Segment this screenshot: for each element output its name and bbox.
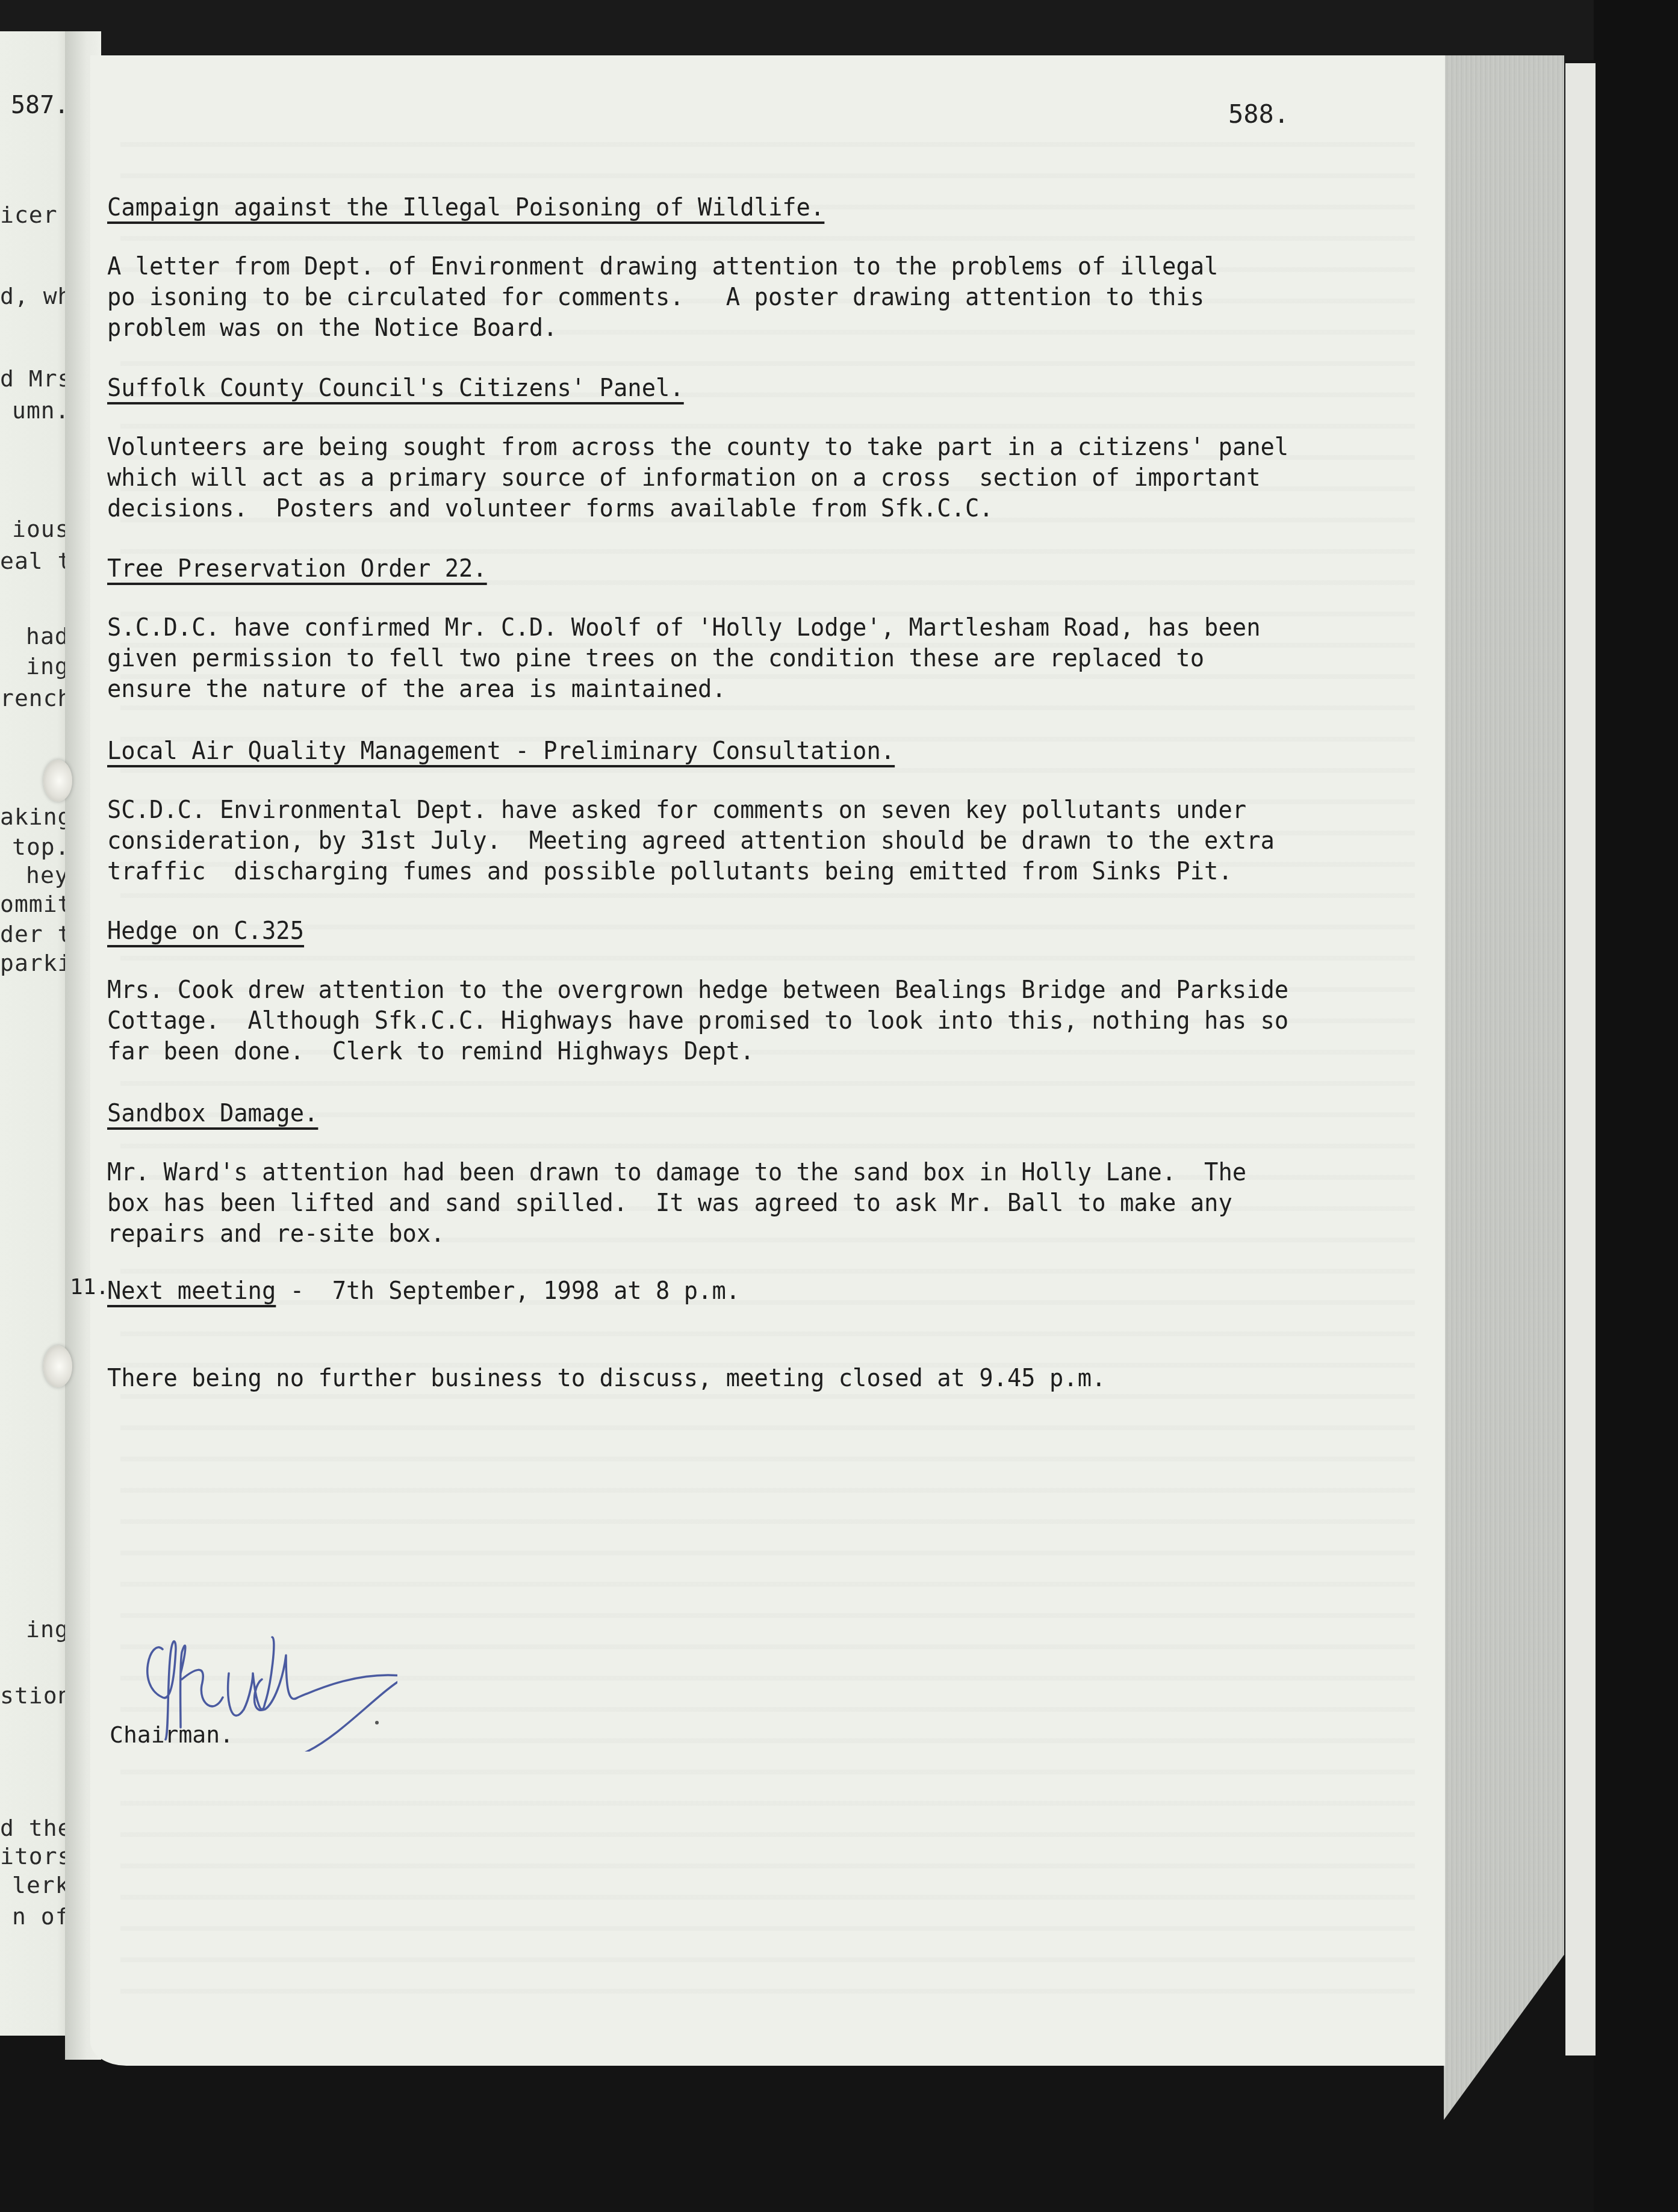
section-heading: Hedge on C.325 [107,919,304,943]
left-page-fragment: ious [12,516,70,542]
next-meeting-label: Next meeting [107,1277,276,1305]
left-page-fragment: eal to [0,548,71,574]
section-heading: Sandbox Damage. [107,1101,318,1126]
section-body-line: which will act as a primary source of in… [107,466,1260,490]
left-page-number: 587. [11,91,69,119]
section-body-line: Cottage. Although Sfk.C.C. Highways have… [107,1009,1288,1033]
left-page-fragment: itors [0,1843,71,1870]
book-binding-top [0,0,1678,60]
section-body-line: po isoning to be circulated for comments… [107,285,1204,309]
left-page: 587. icer fod, whicd Mrs.umn.iouseal toh… [0,31,71,2036]
left-page-fragment: ommit [0,891,71,917]
item-number: 11. [70,1275,109,1300]
binder-ring-hole-upper [43,760,72,802]
section-body-line: repairs and re-site box. [107,1222,445,1246]
section-body-line: SC.D.C. Environmental Dept. have asked f… [107,798,1246,822]
section-heading: Suffolk County Council's Citizens' Panel… [107,376,684,400]
section-heading: Tree Preservation Order 22. [107,557,487,581]
left-page-fragment: lerk [12,1872,70,1898]
section-body-line: ensure the nature of the area is maintai… [107,677,726,701]
section-body-line: traffic discharging fumes and possible p… [107,860,1232,884]
section-body-line: S.C.D.C. have confirmed Mr. C.D. Woolf o… [107,616,1260,640]
section-heading: Campaign against the Illegal Poisoning o… [107,196,824,220]
left-page-fragment: ing [26,653,69,680]
left-page-fragment: parking [0,950,71,976]
back-page-edge [1565,63,1596,2056]
left-page-fragment: had [26,623,69,649]
section-body-line: given permission to fell two pine trees … [107,646,1204,671]
left-page-fragment: hey [26,862,69,888]
section-heading: Local Air Quality Management - Prelimina… [107,739,895,763]
section-body-line: Mr. Ward's attention had been drawn to d… [107,1160,1246,1185]
left-page-fragment: der to [0,921,71,947]
section-body-line: Volunteers are being sought from across … [107,435,1288,459]
section-body-line: Mrs. Cook drew attention to the overgrow… [107,978,1288,1002]
left-page-fragment: aking [0,804,71,830]
left-page-fragment: icer fo [0,202,71,228]
book-binding-right [1594,0,1678,2212]
section-body-line: consideration, by 31st July. Meeting agr… [107,829,1275,853]
left-page-fragment: d Mrs. [0,365,71,392]
left-page-fragment: top. [12,834,70,860]
binder-ring-hole-lower [43,1345,72,1387]
left-page-fragment: d the [0,1815,71,1841]
section-body-line: A letter from Dept. of Environment drawi… [107,255,1218,279]
closing-statement: There being no further business to discu… [107,1366,1106,1390]
left-page-fragment: rench [0,685,71,711]
next-meeting: Next meeting - 7th September, 1998 at 8 … [107,1279,740,1303]
chairman-label: Chairman. [110,1721,234,1748]
section-body-line: decisions. Posters and volunteer forms a… [107,497,993,521]
next-meeting-text: - 7th September, 1998 at 8 p.m. [276,1277,740,1305]
page-stack-edge [1444,55,1564,2120]
left-page-fragment: n of [12,1903,70,1930]
page-number: 588. [1228,99,1289,129]
left-page-fragment: umn. [12,397,70,424]
section-body-line: problem was on the Notice Board. [107,316,558,340]
section-body-line: box has been lifted and sand spilled. It… [107,1191,1232,1215]
left-page-fragment: d, whic [0,283,71,309]
left-page-fragment: ing [26,1616,69,1643]
section-body-line: far been done. Clerk to remind Highways … [107,1039,754,1064]
left-page-fragment: stions [0,1682,71,1709]
